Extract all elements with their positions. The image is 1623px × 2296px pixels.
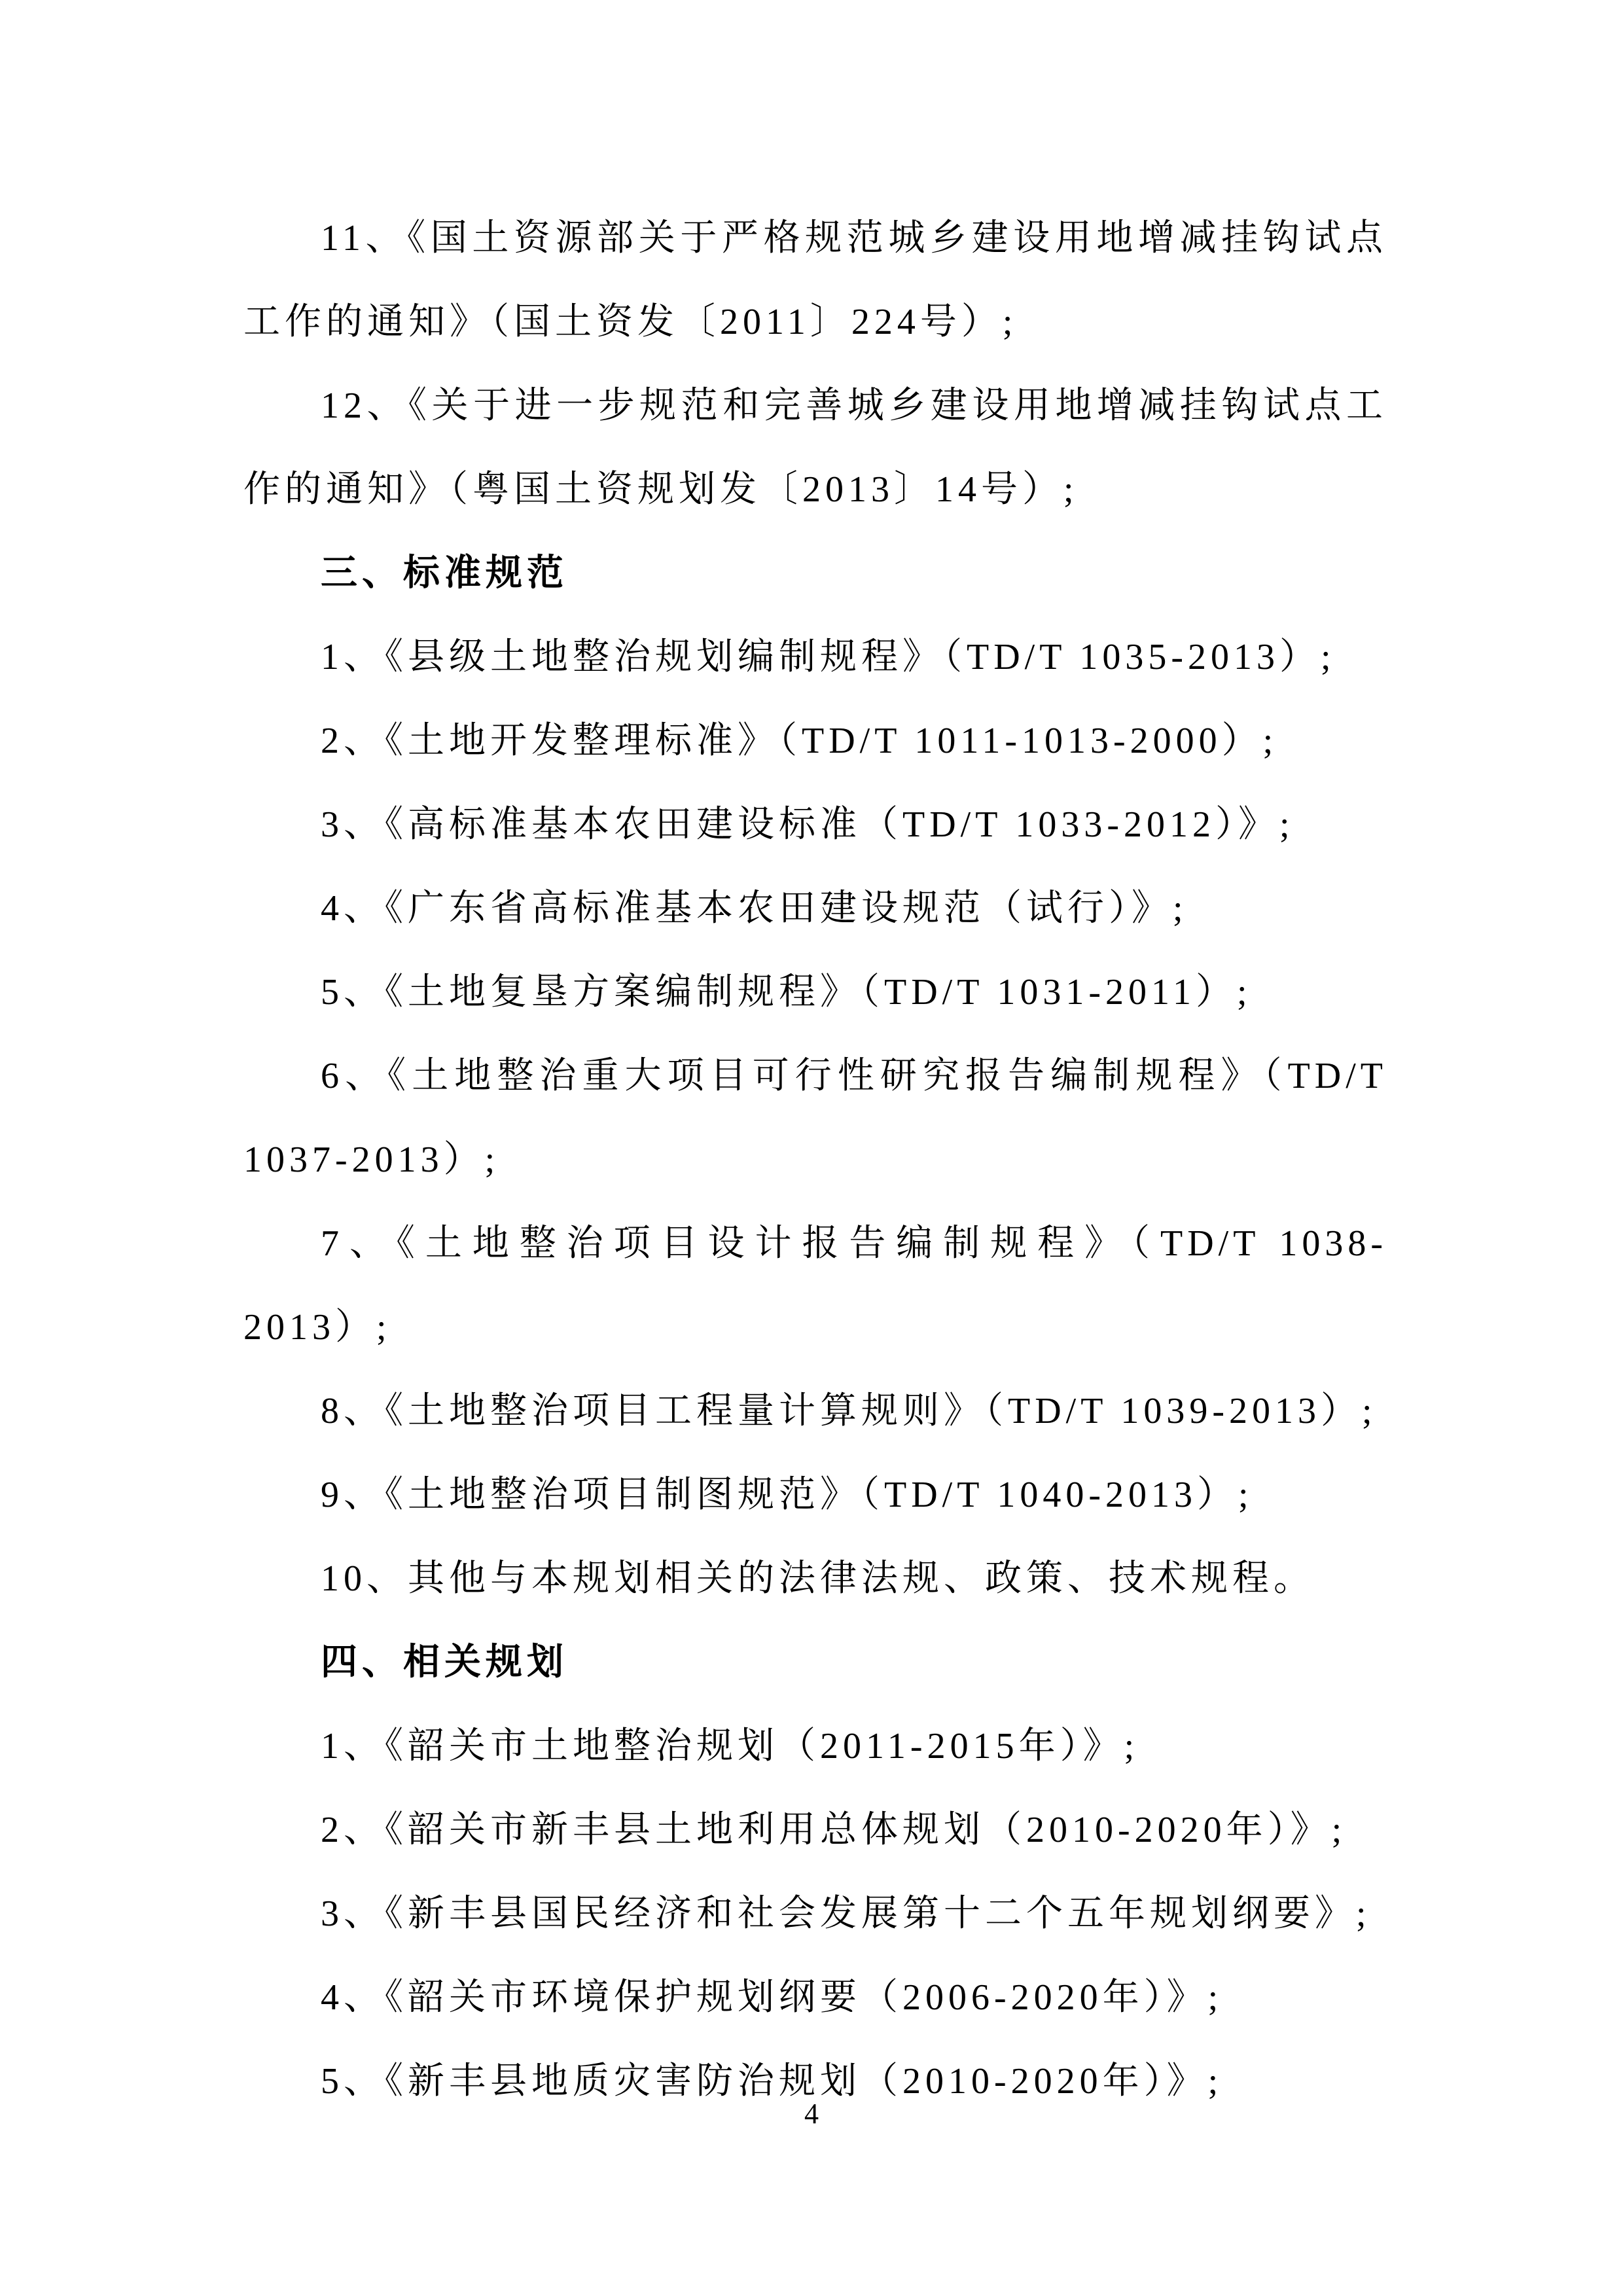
list-item-standard-1: 1、《县级土地整治规划编制规程》（TD/T 1035-2013）; — [243, 615, 1387, 699]
section-heading-related-plans: 四、相关规划 — [243, 1621, 1387, 1704]
page-number: 4 — [0, 2094, 1623, 2134]
list-item-standard-9: 9、《土地整治项目制图规范》（TD/T 1040-2013）; — [243, 1453, 1387, 1537]
list-item-plan-4: 4、《韶关市环境保护规划纲要（2006-2020年）》; — [243, 1956, 1387, 2039]
list-item-standard-5: 5、《土地复垦方案编制规程》（TD/T 1031-2011）; — [243, 950, 1387, 1034]
list-item-plan-1: 1、《韶关市土地整治规划（2011-2015年）》; — [243, 1704, 1387, 1788]
document-page-body: 11、《国土资源部关于严格规范城乡建设用地增减挂钩试点工作的通知》（国土资发〔2… — [243, 196, 1387, 2123]
list-item-policy-11: 11、《国土资源部关于严格规范城乡建设用地增减挂钩试点工作的通知》（国土资发〔2… — [243, 196, 1387, 364]
list-item-standard-4: 4、《广东省高标准基本农田建设规范（试行）》; — [243, 867, 1387, 950]
list-item-standard-3: 3、《高标准基本农田建设标准（TD/T 1033-2012）》; — [243, 783, 1387, 867]
list-item-plan-2: 2、《韶关市新丰县土地利用总体规划（2010-2020年）》; — [243, 1788, 1387, 1872]
list-item-standard-10: 10、其他与本规划相关的法律法规、政策、技术规程。 — [243, 1537, 1387, 1621]
list-item-plan-3: 3、《新丰县国民经济和社会发展第十二个五年规划纲要》; — [243, 1872, 1387, 1956]
list-item-standard-7: 7、《土地整治项目设计报告编制规程》（TD/T 1038-2013）; — [243, 1202, 1387, 1369]
list-item-standard-6: 6、《土地整治重大项目可行性研究报告编制规程》（TD/T 1037-2013）; — [243, 1034, 1387, 1202]
list-item-standard-2: 2、《土地开发整理标准》（TD/T 1011-1013-2000）; — [243, 699, 1387, 783]
section-heading-standards: 三、标准规范 — [243, 531, 1387, 615]
list-item-policy-12: 12、《关于进一步规范和完善城乡建设用地增减挂钩试点工作的通知》（粤国土资规划发… — [243, 364, 1387, 531]
list-item-standard-8: 8、《土地整治项目工程量计算规则》（TD/T 1039-2013）; — [243, 1369, 1387, 1453]
